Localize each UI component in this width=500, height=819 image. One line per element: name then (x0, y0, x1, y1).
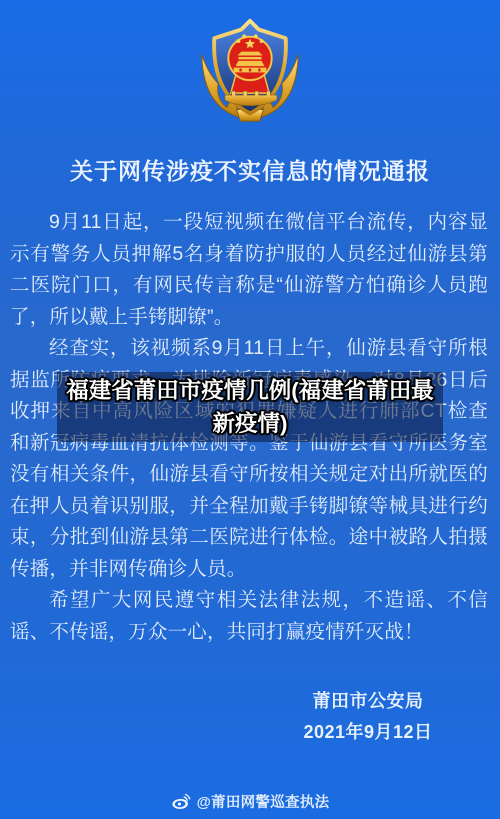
watermark-text: @莆田网警巡查执法 (197, 791, 330, 812)
signature-date: 2021年9月12日 (263, 717, 473, 748)
notice-paragraph: 希望广大网民遵守相关法律法规，不造谣、不信谣、不传谣，万众一心，共同打赢疫情歼灭… (10, 585, 488, 648)
notice-image: 关于网传涉疫不实信息的情况通报 9月11日起，一段短视频在微信平台流传，内容显示… (0, 0, 500, 819)
overlay-title-line: 新疫情) (50, 407, 450, 440)
notice-paragraph: 经查实，该视频系9月11日上午，仙游县看守所根据监所防疫要求，为排除新冠病毒感染… (10, 333, 488, 585)
signature-agency: 莆田市公安局 (263, 686, 473, 717)
watermark: @莆田网警巡查执法 (0, 791, 500, 812)
signature-block: 莆田市公安局 2021年9月12日 (263, 686, 473, 748)
overlay-title-line: 福建省莆田市疫情几例(福建省莆田最 (50, 374, 450, 407)
overlay-title: 福建省莆田市疫情几例(福建省莆田最 新疫情) (50, 374, 450, 440)
weibo-icon (171, 793, 191, 811)
notice-paragraph: 9月11日起，一段短视频在微信平台流传，内容显示有警务人员押解5名身着防护服的人… (10, 207, 488, 333)
notice-title: 关于网传涉疫不实信息的情况通报 (0, 153, 500, 186)
police-badge-icon (192, 16, 308, 129)
